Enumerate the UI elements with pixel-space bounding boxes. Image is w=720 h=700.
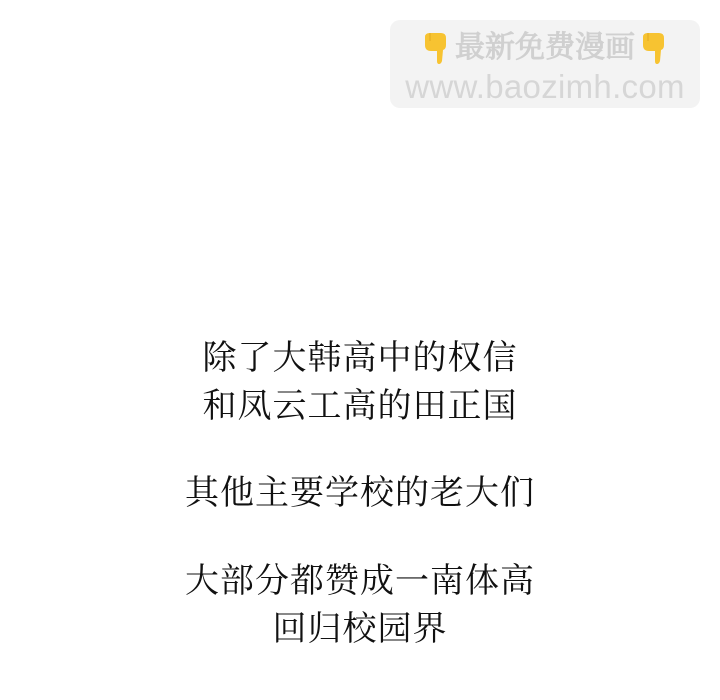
watermark-title-row: 最新免费漫画 — [390, 30, 700, 66]
watermark-banner: 最新免费漫画 www.baozimh.com — [390, 20, 700, 108]
caption-line: 回归校园界 — [0, 605, 720, 653]
caption-line: 大部分都赞成一南体高 — [0, 557, 720, 605]
caption-line: 除了大韩高中的权信 — [0, 334, 720, 382]
watermark-url: www.baozimh.com — [390, 68, 700, 106]
caption-block-2: 其他主要学校的老大们 — [0, 469, 720, 517]
pointing-down-hand-icon — [421, 31, 451, 65]
caption-block-3: 大部分都赞成一南体高 回归校园界 — [0, 557, 720, 653]
pointing-down-hand-icon — [639, 31, 669, 65]
caption-line: 和凤云工高的田正国 — [0, 382, 720, 430]
watermark-title: 最新免费漫画 — [455, 30, 635, 66]
caption-block-1: 除了大韩高中的权信 和凤云工高的田正国 — [0, 334, 720, 430]
caption-line: 其他主要学校的老大们 — [0, 469, 720, 517]
